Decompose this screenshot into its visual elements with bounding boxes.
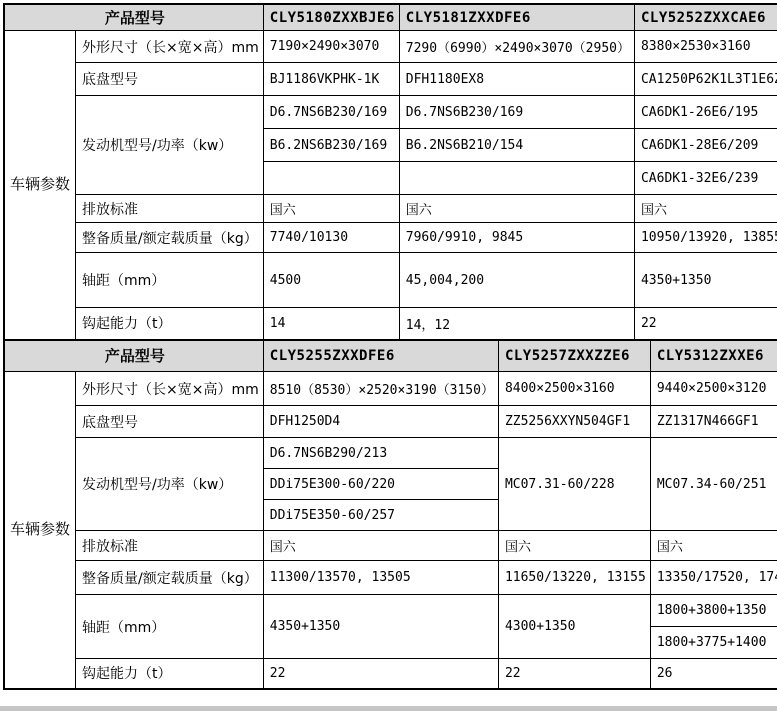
spec-value-cell: 4300+1350 [498,595,650,659]
spec-value-cell: 7290（6990）×2490×3070（2950） [399,31,634,63]
model-name-cell: CLY5181ZXXDFE6 [399,4,634,31]
row-label: 发动机型号/功率（kw） [76,438,264,531]
product-model-header: 产品型号 [4,340,263,372]
spec-value-cell: 14 [263,308,399,340]
mass-row: 整备质量/额定载质量（kg） 7740/10130 7960/9910, 984… [4,223,777,253]
spec-value-cell: ZZ5256XXYN504GF1 [498,406,650,438]
spec-value-cell: 22 [634,308,777,340]
row-label: 整备质量/额定载质量（kg） [76,561,264,595]
spec-value-cell: 国六 [634,195,777,223]
spec-value-cell: 1800+3800+1350 [650,595,777,627]
spec-value-cell: B6.2NS6B210/154 [399,129,634,162]
spec-value-cell: 8400×2500×3160 [498,372,650,406]
spec-value-cell: MC07.34-60/251 [650,438,777,531]
model-name-cell: CLY5257ZXXZZE6 [498,340,650,372]
spec-value-cell: 22 [498,659,650,689]
spec-value-cell: 国六 [650,531,777,561]
spec-value-cell: 13350/17520, 17455 [650,561,777,595]
row-label: 钩起能力（t） [76,308,264,340]
spec-value-cell: ZZ1317N466GF1 [650,406,777,438]
row-label: 轴距（mm） [76,595,264,659]
spec-table-section-2: 产品型号 CLY5255ZXXDFE6 CLY5257ZXXZZE6 CLY53… [3,339,777,690]
row-label: 整备质量/额定载质量（kg） [76,223,264,253]
page-bottom-strip [0,706,777,711]
section1-header-row: 产品型号 CLY5180ZXXBJE6 CLY5181ZXXDFE6 CLY52… [4,4,777,31]
vehicle-params-vertical-label: 车辆参数 [4,372,76,689]
wheelbase-row: 轴距（mm） 4500 45,004,200 4350+1350 [4,253,777,308]
hook-row: 钩起能力（t） 22 22 26 [4,659,777,689]
emission-row: 排放标准 国六 国六 国六 [4,531,777,561]
spec-value-cell: 8380×2530×3160 [634,31,777,63]
spec-value-cell: DDi75E350-60/257 [263,500,498,531]
spec-value-cell: MC07.31-60/228 [498,438,650,531]
spec-value-cell: CA6DK1-26E6/195 [634,96,777,129]
spec-value-cell: 9440×2500×3120 [650,372,777,406]
spec-table-section-1: 产品型号 CLY5180ZXXBJE6 CLY5181ZXXDFE6 CLY52… [3,3,777,341]
emission-row: 排放标准 国六 国六 国六 [4,195,777,223]
row-label: 排放标准 [76,531,264,561]
spec-value-cell: CA6DK1-32E6/239 [634,162,777,195]
spec-value-cell: BJ1186VKPHK-1K [263,63,399,96]
spec-value-cell: 45,004,200 [399,253,634,308]
spec-value-cell: 7960/9910, 9845 [399,223,634,253]
spec-value-cell: 4350+1350 [634,253,777,308]
chassis-row: 底盘型号 BJ1186VKPHK-1K DFH1180EX8 CA1250P62… [4,63,777,96]
spec-value-cell: DFH1180EX8 [399,63,634,96]
dimensions-row: 车辆参数 外形尺寸（长×宽×高）mm 7190×2490×3070 7290（6… [4,31,777,63]
spec-value-cell [399,162,634,195]
page: 产品型号 CLY5180ZXXBJE6 CLY5181ZXXDFE6 CLY52… [0,0,777,711]
spec-value-cell: 4500 [263,253,399,308]
spec-value-cell: 1800+3775+1400 [650,627,777,659]
model-name-cell: CLY5255ZXXDFE6 [263,340,498,372]
spec-value-cell: CA1250P62K1L3T1E6Z [634,63,777,96]
model-name-cell: CLY5312ZXXE6 [650,340,777,372]
spec-value-cell: D6.7NS6B230/169 [399,96,634,129]
engine-row: 发动机型号/功率（kw） D6.7NS6B290/213 MC07.31-60/… [4,438,777,469]
hook-row: 钩起能力（t） 14 14，12 22 [4,308,777,340]
spec-value-cell: 7740/10130 [263,223,399,253]
product-model-header: 产品型号 [4,4,263,31]
spec-value-cell: 国六 [399,195,634,223]
spec-value-cell [263,162,399,195]
spec-value-cell: B6.2NS6B230/169 [263,129,399,162]
spec-value-cell: 22 [263,659,498,689]
vehicle-params-vertical-label: 车辆参数 [4,31,76,340]
row-label: 发动机型号/功率（kw） [76,96,264,195]
spec-value-cell: D6.7NS6B290/213 [263,438,498,469]
spec-value-cell: 8510（8530）×2520×3190（3150） [263,372,498,406]
row-label: 排放标准 [76,195,264,223]
spec-value-cell: 26 [650,659,777,689]
engine-row: 发动机型号/功率（kw） D6.7NS6B230/169 D6.7NS6B230… [4,96,777,129]
dimensions-row: 车辆参数 外形尺寸（长×宽×高）mm 8510（8530）×2520×3190（… [4,372,777,406]
model-name-cell: CLY5180ZXXBJE6 [263,4,399,31]
spec-value-cell: 10950/13920, 13855 [634,223,777,253]
spec-value-cell: 国六 [263,195,399,223]
section2-header-row: 产品型号 CLY5255ZXXDFE6 CLY5257ZXXZZE6 CLY53… [4,340,777,372]
spec-value-cell: 14，12 [399,308,634,340]
spec-value-cell: DFH1250D4 [263,406,498,438]
spec-value-cell: 11650/13220, 13155 [498,561,650,595]
spec-value-cell: D6.7NS6B230/169 [263,96,399,129]
spec-value-cell: 国六 [498,531,650,561]
row-label: 轴距（mm） [76,253,264,308]
row-label: 外形尺寸（长×宽×高）mm [76,372,264,406]
row-label: 外形尺寸（长×宽×高）mm [76,31,264,63]
spec-value-cell: 11300/13570, 13505 [263,561,498,595]
wheelbase-row: 轴距（mm） 4350+1350 4300+1350 1800+3800+135… [4,595,777,627]
row-label: 底盘型号 [76,63,264,96]
row-label: 钩起能力（t） [76,659,264,689]
spec-value-cell: DDi75E300-60/220 [263,469,498,500]
spec-value-cell: CA6DK1-28E6/209 [634,129,777,162]
spec-value-cell: 国六 [263,531,498,561]
mass-row: 整备质量/额定载质量（kg） 11300/13570, 13505 11650/… [4,561,777,595]
row-label: 底盘型号 [76,406,264,438]
spec-value-cell: 4350+1350 [263,595,498,659]
chassis-row: 底盘型号 DFH1250D4 ZZ5256XXYN504GF1 ZZ1317N4… [4,406,777,438]
model-name-cell: CLY5252ZXXCAE6 [634,4,777,31]
spec-value-cell: 7190×2490×3070 [263,31,399,63]
